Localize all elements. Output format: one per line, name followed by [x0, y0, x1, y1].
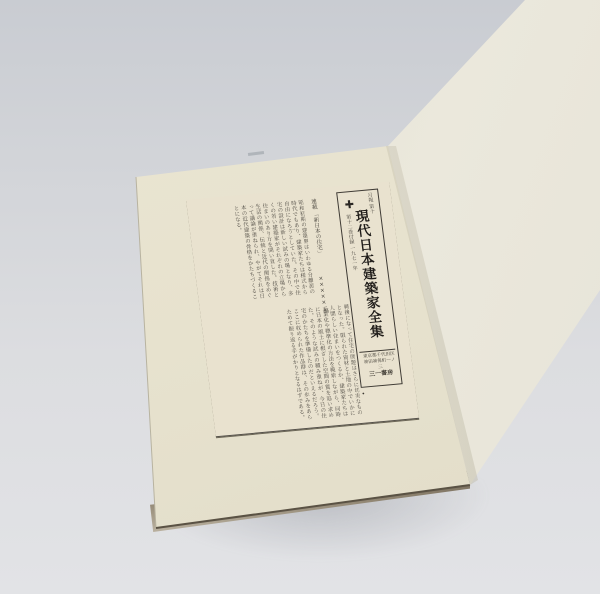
inserted-leaflet: ✚ 月報 第十 現代日本建築家全集 第十二巻付録 一九七一年 東京都千代田区 神…: [186, 182, 419, 438]
photo-scene: ✚ 月報 第十 現代日本建築家全集 第十二巻付録 一九七一年 東京都千代田区 神…: [0, 0, 600, 594]
page-mark: [248, 151, 264, 156]
series-title: 現代日本建築家全集: [351, 209, 383, 340]
essay-title: 連載 「新日本の住宅」: [307, 198, 324, 256]
publisher-name: 三一書房: [364, 370, 399, 379]
body-text-lower: 戦後になって住宅の問題はさらに切実なものとなった。限られた資材と土地の中でいかに…: [245, 304, 363, 425]
publisher-box: 東京都千代田区 神田神保町一ノ三 三一書房: [359, 349, 399, 383]
page-dot: •: [361, 391, 365, 398]
body-text-upper: 昭和初期の建築界はいわゆる分離派の時代でもあり、建築家たちは様式から自由になろう…: [203, 199, 315, 307]
